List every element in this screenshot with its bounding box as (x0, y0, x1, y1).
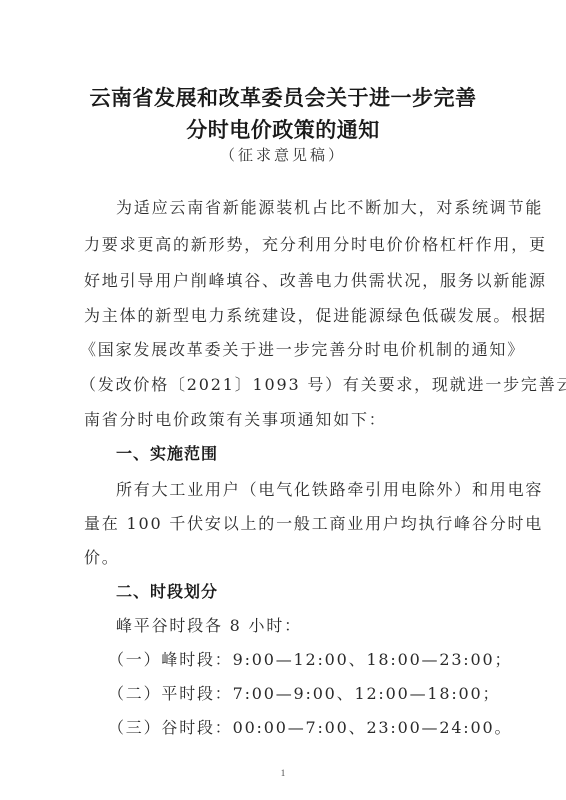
document-title-line-1: 云南省发展和改革委员会关于进一步完善 (0, 82, 566, 112)
intro-line: 《国家发展改革委关于进一步完善分时电价机制的通知》 (80, 340, 490, 360)
period-item-flat: （二）平时段：7:00—9:00、12:00—18:00； (108, 684, 518, 704)
intro-line: 好地引导用户削峰填谷、改善电力供需状况，服务以新能源 (84, 271, 494, 291)
document-subtitle: （征求意见稿） (0, 144, 566, 165)
section-line: 价。 (84, 548, 494, 568)
intro-line: （发改价格〔2021〕1093 号）有关要求，现就进一步完善云 (80, 375, 490, 395)
intro-line: 力要求更高的新形势，充分利用分时电价价格杠杆作用，更 (84, 235, 494, 255)
section-heading-scope: 一、实施范围 (116, 444, 218, 464)
section-heading-time-periods: 二、时段划分 (116, 582, 218, 602)
period-item-peak: （一）峰时段：9:00—12:00、18:00—23:00； (108, 650, 518, 670)
period-item-valley: （三）谷时段：00:00—7:00、23:00—24:00。 (108, 718, 518, 738)
intro-line: 南省分时电价政策有关事项通知如下： (84, 410, 494, 430)
section-line: 峰平谷时段各 8 小时： (116, 616, 526, 636)
intro-line: 为主体的新型电力系统建设，促进能源绿色低碳发展。根据 (84, 306, 494, 326)
section-line: 量在 100 千伏安以上的一般工商业用户均执行峰谷分时电 (84, 514, 494, 534)
section-line: 所有大工业用户（电气化铁路牵引用电除外）和用电容 (116, 480, 526, 500)
document-page: 云南省发展和改革委员会关于进一步完善 分时电价政策的通知 （征求意见稿） 为适应… (0, 0, 566, 800)
document-title-line-2: 分时电价政策的通知 (0, 114, 566, 144)
intro-line: 为适应云南省新能源装机占比不断加大，对系统调节能 (116, 198, 526, 218)
page-number: 1 (0, 768, 566, 778)
